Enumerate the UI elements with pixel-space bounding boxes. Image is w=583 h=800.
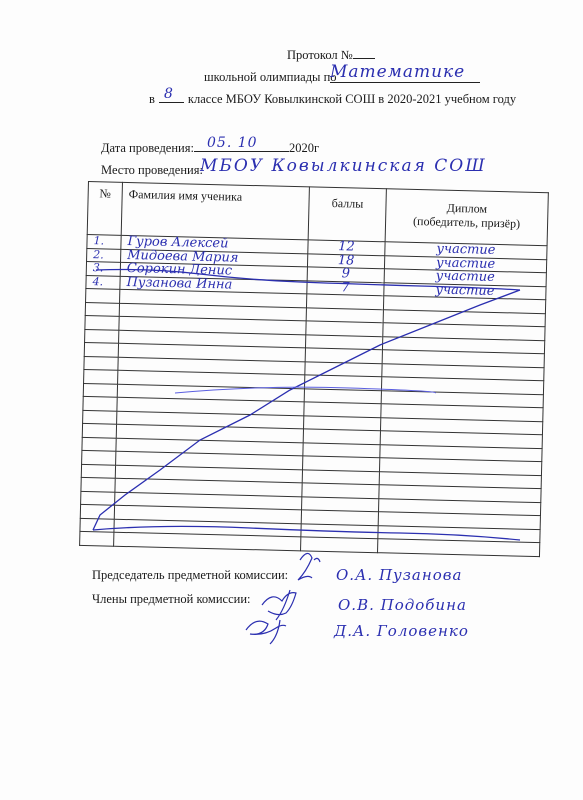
members-label: Члены предметной комиссии: xyxy=(92,592,250,607)
cell-num: 2. xyxy=(87,248,121,262)
place-line: Место проведения: xyxy=(101,163,203,178)
chair-name: О.А. Пузанова xyxy=(336,566,462,584)
olympiad-label: школьной олимпиады по xyxy=(204,70,337,85)
chair-signature xyxy=(298,553,320,580)
member-name: Д.А. Головенко xyxy=(334,622,469,640)
subject-underline xyxy=(330,82,480,83)
place-label: Место проведения: xyxy=(101,163,203,177)
cell-empty xyxy=(84,342,118,356)
cell-empty xyxy=(85,315,119,329)
col-diploma-title: Диплом xyxy=(447,201,488,216)
cell-empty xyxy=(82,423,116,437)
cell-empty xyxy=(83,396,117,410)
date-value: 05. 10 xyxy=(207,135,258,151)
cell-empty xyxy=(86,288,120,302)
cell-empty xyxy=(85,329,119,343)
cell-empty xyxy=(82,450,116,464)
col-score: баллы xyxy=(308,187,386,242)
cell-empty xyxy=(84,356,118,370)
cell-num: 4. xyxy=(86,275,120,289)
date-label: Дата проведения: xyxy=(101,141,194,155)
cell-empty xyxy=(81,464,115,478)
protocol-title: Протокол № xyxy=(287,48,375,63)
subject-value: Математике xyxy=(330,62,465,82)
member1-signature xyxy=(262,590,296,620)
col-number: № xyxy=(87,182,122,236)
results-table: № Фамилия имя ученика баллы Диплом (побе… xyxy=(79,181,549,548)
member2-signature xyxy=(246,620,286,644)
member-name: О.В. Подобина xyxy=(338,596,467,614)
grade-value: 8 xyxy=(164,86,174,102)
cell-num: 3. xyxy=(86,261,120,275)
grade-suffix: классе МБОУ Ковылкинской СОШ в 2020-2021… xyxy=(188,92,516,106)
cell-empty xyxy=(84,369,118,383)
cell-empty xyxy=(85,302,119,316)
col-diploma: Диплом (победитель, призёр) xyxy=(385,189,548,246)
date-year: 2020г xyxy=(289,141,319,155)
protocol-number-blank xyxy=(353,48,375,59)
cell-empty xyxy=(83,383,117,397)
cell-num: 1. xyxy=(87,234,121,248)
cell-empty xyxy=(82,437,116,451)
place-value: МБОУ Ковылкинская СОШ xyxy=(200,156,487,176)
cell-empty xyxy=(80,504,114,518)
col-diploma-sub: (победитель, призёр) xyxy=(413,214,520,231)
cell-empty xyxy=(83,410,117,424)
cell-empty xyxy=(80,518,114,532)
cell-empty xyxy=(81,477,115,491)
grade-line: вклассе МБОУ Ковылкинской СОШ в 2020-202… xyxy=(149,92,516,107)
chair-label: Председатель предметной комиссии: xyxy=(92,568,288,583)
cell-empty xyxy=(81,491,115,505)
title-text: Протокол № xyxy=(287,48,353,62)
cell-empty xyxy=(80,531,114,545)
col-name: Фамилия имя ученика xyxy=(121,182,309,240)
cell-empty xyxy=(301,537,378,552)
grade-prefix: в xyxy=(149,92,155,106)
cell-empty xyxy=(378,539,540,556)
